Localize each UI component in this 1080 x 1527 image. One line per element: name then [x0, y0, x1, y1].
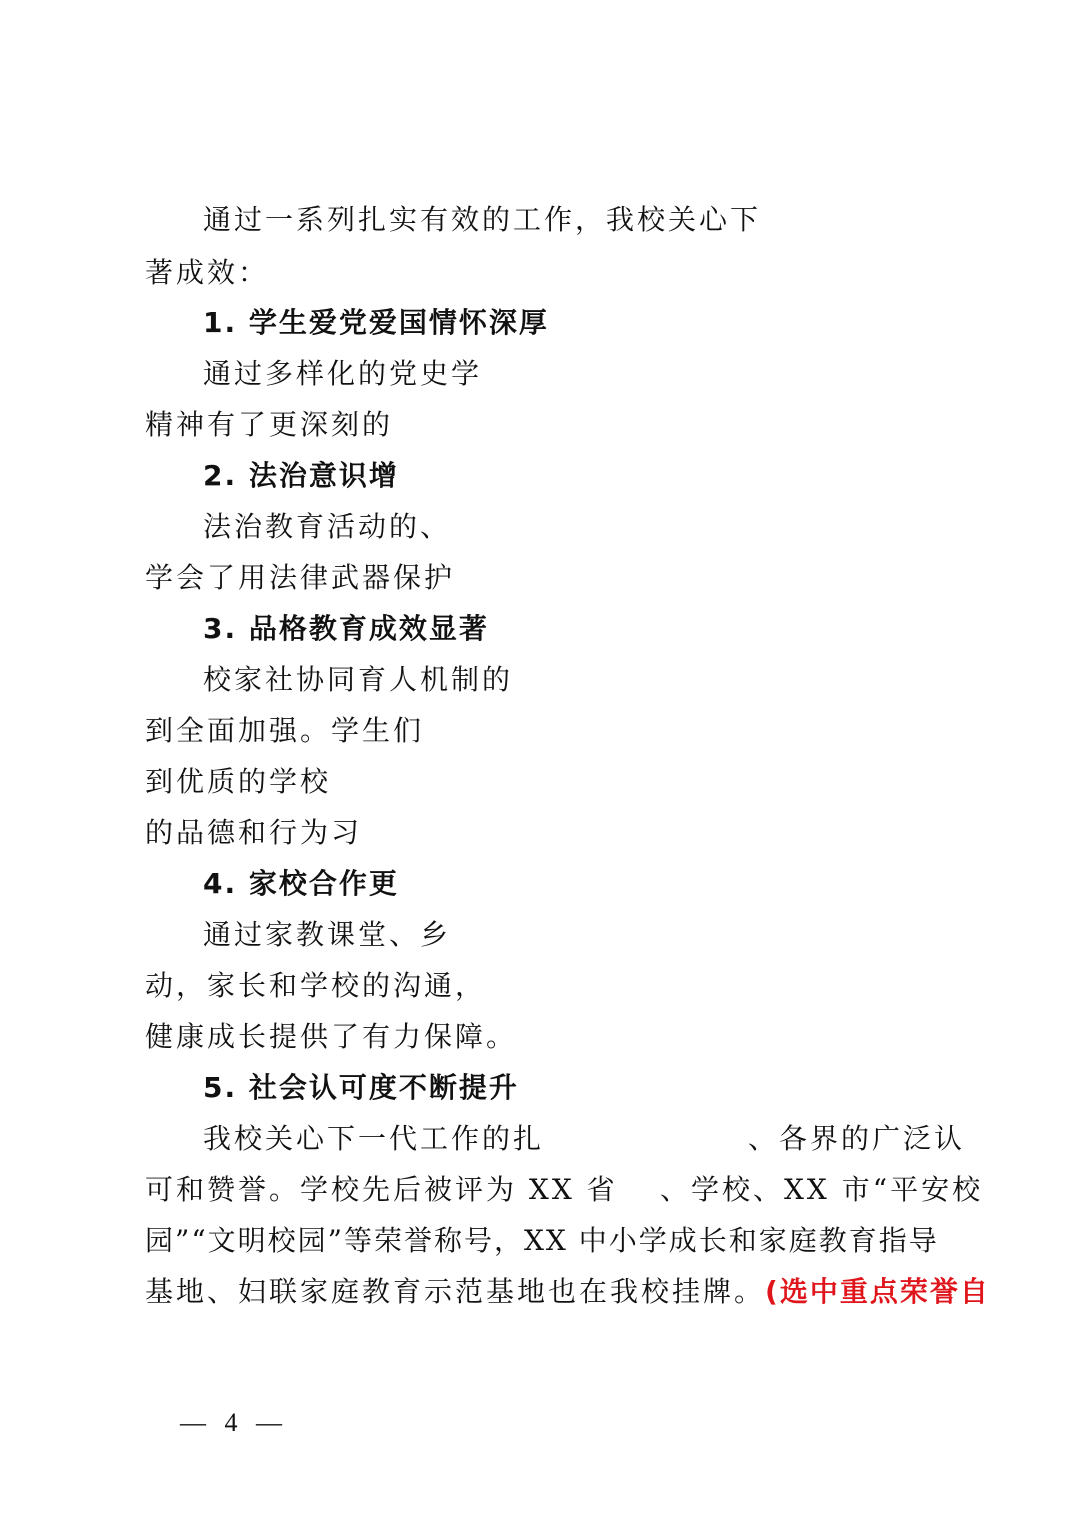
section-5-line-1-left: 我校关心下一代工作的扎	[203, 1119, 544, 1159]
intro-line-2: 著成效：	[145, 253, 269, 293]
section-1-line-2: 精神有了更深刻的	[145, 405, 393, 445]
section-heading-5: 5. 社会认可度不断提升	[203, 1068, 519, 1108]
section-4-line-2: 动，家长和学校的沟通，	[145, 966, 486, 1006]
section-heading-1: 1. 学生爱党爱国情怀深厚	[203, 303, 549, 343]
section-heading-3: 3. 品格教育成效显著	[203, 609, 489, 649]
section-5-line-1-right: 、各界的广泛认	[748, 1119, 965, 1159]
highlight-note: (选中重点荣誉自	[765, 1275, 990, 1308]
section-3-line-1: 校家社协同育人机制的	[203, 660, 513, 700]
section-2-line-1: 法治教育活动的、	[203, 507, 451, 547]
section-3-line-4: 的品德和行为习	[145, 813, 362, 853]
section-5-line-4-text: 基地、妇联家庭教育示范基地也在我校挂牌。	[145, 1275, 765, 1308]
section-1-line-1: 通过多样化的党史学	[203, 354, 482, 394]
section-5-line-2-right: 、学校、XX 市“平安校	[660, 1170, 983, 1210]
section-heading-4: 4. 家校合作更	[203, 864, 399, 904]
document-page: 通过一系列扎实有效的工作，我校关心下 著成效： 1. 学生爱党爱国情怀深厚 通过…	[0, 0, 1080, 1527]
section-5-line-3: 园”“文明校园”等荣誉称号，XX 中小学成长和家庭教育指导	[145, 1221, 939, 1261]
section-3-line-3: 到优质的学校	[145, 762, 331, 802]
section-2-line-2: 学会了用法律武器保护	[145, 558, 455, 598]
intro-line-1: 通过一系列扎实有效的工作，我校关心下	[203, 200, 761, 240]
section-4-line-3: 健康成长提供了有力保障。	[145, 1017, 517, 1057]
section-3-line-2: 到全面加强。学生们	[145, 711, 424, 751]
page-number: — 4 —	[180, 1403, 288, 1443]
section-heading-2: 2. 法治意识增	[203, 456, 399, 496]
section-5-line-4: 基地、妇联家庭教育示范基地也在我校挂牌。(选中重点荣誉自	[145, 1272, 990, 1312]
section-5-line-2-left: 可和赞誉。学校先后被评为 XX 省	[145, 1170, 618, 1210]
section-4-line-1: 通过家教课堂、乡	[203, 915, 451, 955]
